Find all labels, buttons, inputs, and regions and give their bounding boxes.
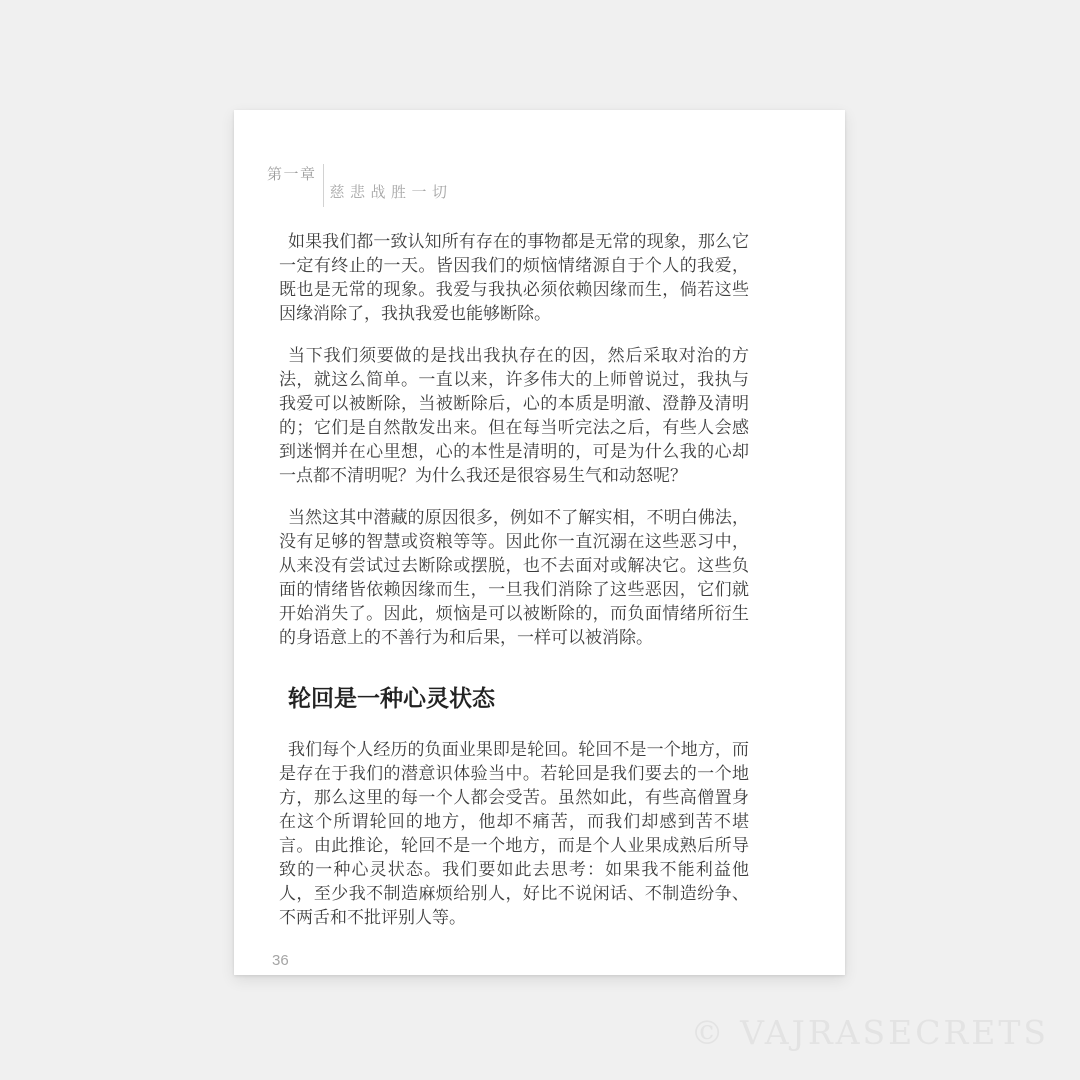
book-page: 第一章 慈悲战胜一切 如果我们都一致认知所有存在的事物都是无常的现象，那么它一定…: [234, 110, 845, 975]
chapter-divider-line: [323, 164, 324, 207]
chapter-number-label: 第一章: [267, 165, 317, 185]
section-heading: 轮回是一种心灵状态: [279, 681, 749, 715]
chapter-title-label: 慈悲战胜一切: [330, 183, 453, 203]
chapter-header: 第一章 慈悲战胜一切: [267, 164, 845, 207]
copyright-watermark: © VAJRASECRETS: [691, 1014, 1049, 1052]
paragraph: 当然这其中潜藏的原因很多，例如不了解实相，不明白佛法，没有足够的智慧或资粮等等。…: [279, 506, 749, 650]
body-text-block: 如果我们都一致认知所有存在的事物都是无常的现象，那么它一定有终止的一天。皆因我们…: [279, 230, 749, 930]
page-number: 36: [272, 951, 845, 971]
paragraph: 当下我们须要做的是找出我执存在的因，然后采取对治的方法，就这么简单。一直以来，许…: [279, 344, 749, 488]
canvas-background: { "page": { "header": { "chapter_label":…: [0, 0, 1080, 1080]
paragraph: 如果我们都一致认知所有存在的事物都是无常的现象，那么它一定有终止的一天。皆因我们…: [279, 230, 749, 326]
paragraph: 我们每个人经历的负面业果即是轮回。轮回不是一个地方，而是存在于我们的潜意识体验当…: [279, 738, 749, 930]
